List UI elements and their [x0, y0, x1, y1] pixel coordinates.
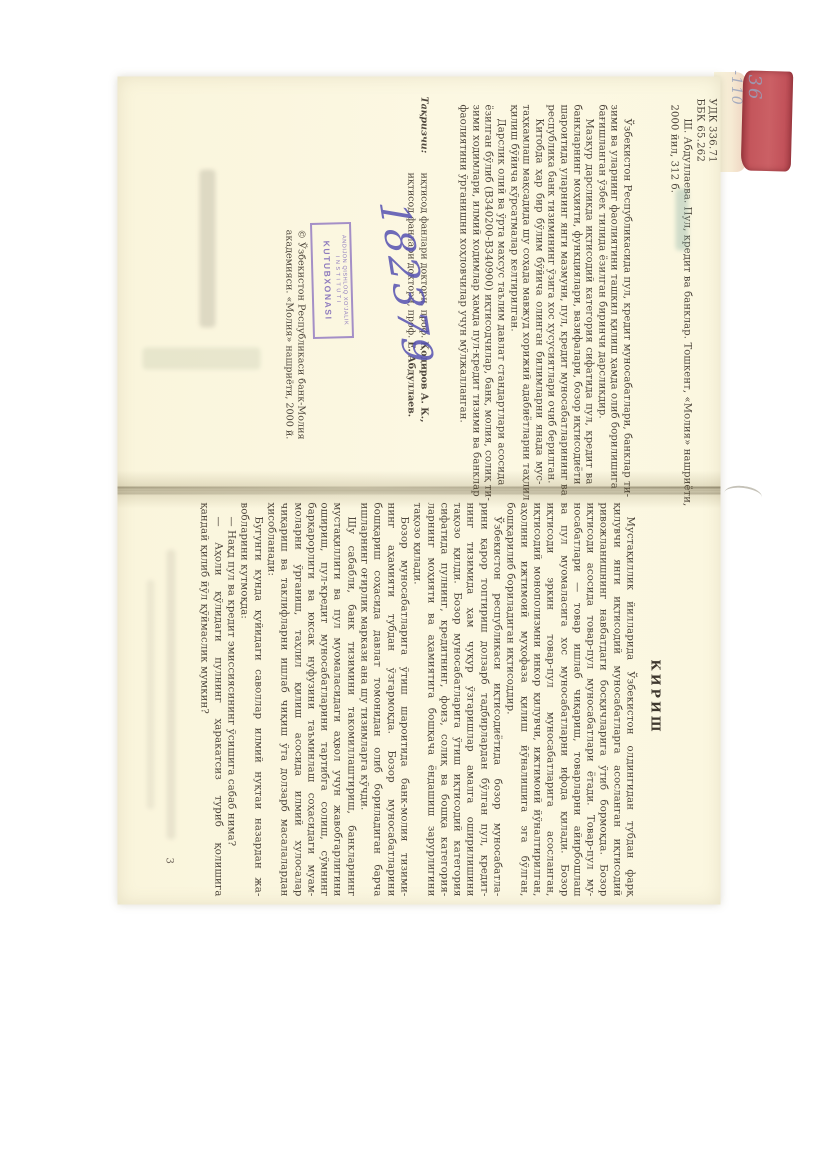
stamp-line: KUTUBXONASI: [321, 225, 334, 337]
annotation-paragraph: Ўзбекистон Республикасида пул, кредит му…: [595, 105, 633, 485]
ink-bleedthrough: [143, 348, 261, 370]
text-line: ишларнинг оғирлик маркази ана шу тизимла…: [357, 503, 370, 897]
text-line: бошқарилиб бориладиган иқтисоддир.: [504, 503, 517, 897]
ink-bleedthrough: [200, 170, 216, 328]
text-line: Мустақиллик йилларида Ўзбекистон олдинги…: [623, 503, 636, 897]
text-line: зими ходимлари, илмий ходимлар ҳамда пул…: [469, 105, 482, 485]
text-line: Мазкур дарсликда иқтисодий категория сиф…: [582, 105, 595, 485]
text-line: Дарслик олий ва ўрта махсус таълим давла…: [494, 105, 507, 485]
text-line: иқтисоди эркин товар-пул муносабатларига…: [543, 503, 556, 897]
text-line: ва пул муомаласига хос муносабатларни иф…: [557, 503, 570, 897]
text-line: банкларнинг моҳияти, функциялари, вазифа…: [570, 105, 583, 485]
text-line: Шу сабабли, банк тизимини такомиллаштири…: [344, 503, 357, 897]
paragraph: Шу сабабли, банк тизимини такомиллаштири…: [264, 503, 357, 897]
text-line: барқарорлиги ва юксак нуфузини таъминлаш…: [304, 503, 317, 897]
pencil-note: 36 -110: [700, 56, 764, 120]
text-line: сифатида пулнинг, кредитнинг, фоиз, соли…: [437, 503, 450, 897]
text-line: — Нақд пул ва кредит эмиссиясининг ўсиши…: [224, 503, 237, 897]
gutter-crease: [118, 493, 721, 495]
annotation-block: Ўзбекистон Республикасида пул, кредит му…: [456, 105, 632, 485]
text-line: ҳисобланади:: [264, 503, 277, 897]
text-line: тақозо қилди. Бозор муносабатларига ўтиш…: [450, 503, 463, 897]
page-number: 3: [164, 858, 175, 864]
pencil-note-line: 36: [744, 56, 764, 120]
list-item: — Нақд пул ва кредит эмиссиясининг ўсиши…: [224, 503, 237, 897]
text-line: фаолиятини ўрганишни хоҳловчилар учун мў…: [456, 105, 469, 485]
paragraph: Бугунги кунда қуйидаги саволлар илмий ну…: [238, 503, 265, 897]
paragraph: Ўзбекистон республикаси иқтисодиётида бо…: [410, 503, 503, 897]
text-line: вобларини кутмоқда:: [238, 503, 251, 897]
text-line: ларнинг моҳияти ва аҳамиятига бошқача ён…: [424, 503, 437, 897]
copyright-block: © Ўзбекистон Республикаси банк-Молия ака…: [282, 223, 307, 447]
text-line: аҳолини ижтимоий муҳофаза қилиш йўналиши…: [517, 503, 530, 897]
text-line: Бозор муносабатларига ўтиш шароитида бан…: [397, 503, 410, 897]
list-item: — Аҳоли қўлидаги пулнинг ҳаракатсиз тури…: [198, 503, 225, 897]
body-text: Мустақиллик йилларида Ўзбекистон олдинги…: [198, 503, 637, 897]
text-line: бошқариш соҳасида давлат томонидан олиб …: [371, 503, 384, 897]
gutter-crease: [118, 487, 721, 489]
ink-bleedthrough: [167, 550, 176, 840]
text-line: Ш. Абдуллаева. Пул, кредит ва банклар. Т…: [680, 105, 693, 487]
annotation-paragraph: Китобда ҳар бир бўлим бўйича олинган бил…: [507, 105, 545, 485]
text-line: тақозо қилади.: [410, 503, 423, 897]
text-line: қандай қилиб йўл қўймаслик мумкин?: [198, 503, 211, 897]
text-line: — Аҳоли қўлидаги пулнинг ҳаракатсиз тури…: [211, 503, 224, 897]
annotation-paragraph: Мазкур дарсликда иқтисодий категория сиф…: [544, 105, 594, 485]
page-curl-line: [723, 484, 763, 506]
text-line: нинг тизимида ҳам чуқур ўзгаришлар амалг…: [464, 503, 477, 897]
text-line: носабатлари — товар ишлаб чиқариш, товар…: [570, 503, 583, 897]
handwritten-accession-number: 182379: [369, 201, 441, 364]
text-line: таҳкамлаш мақсадида шу соҳада мавжуд хор…: [519, 105, 532, 485]
text-line: 2000 йил, 312 б.: [668, 105, 681, 487]
text-line: Китобда ҳар бир бўлим бўйича олинган бил…: [532, 105, 545, 485]
book-spread: УДК 336.71 ББК 65.262 Ш. Абдуллаева. Пул…: [118, 77, 721, 905]
text-line: нинг аҳамияти тубдан ўзгармоқда. Бозор м…: [384, 503, 397, 897]
text-line: қилиш бўйича кўрсатмалар келтирилган.: [507, 105, 520, 485]
pencil-note-line: -110: [728, 56, 744, 120]
gutter-shadow: [118, 471, 721, 509]
text-line: иқтисодий монополизмни инкор қилувчи, иж…: [530, 503, 543, 897]
text-line: моларни ўрганиш, таҳлил қилиш асосида ил…: [291, 503, 304, 897]
reviewers-label: Тақризчи:: [418, 97, 431, 154]
imprint-page: УДК 336.71 ББК 65.262 Ш. Абдуллаева. Пул…: [118, 77, 721, 490]
text-line: ёзилган бўлиб (В340200-В340900) иқтисодч…: [481, 105, 494, 485]
text-line: рини қарор топтириш долзарб тадбирлардан…: [477, 503, 490, 897]
text-line: Ўзбекистон республикаси иқтисодиётида бо…: [490, 503, 503, 897]
text-line: Ўзбекистон Республикасида пул, кредит му…: [620, 105, 633, 485]
text-line: қилувчи янги иқтисодий муносабатларга ас…: [610, 503, 623, 897]
copyright-line: © Ўзбекистон Республикаси банк-Молия: [294, 223, 306, 447]
text-line: бағишланган ўзбек тилида ёзилган биринчи…: [595, 105, 608, 485]
text-line: ривожланишнинг навбатдаги босқичларига ў…: [597, 503, 610, 897]
intro-page: КИРИШ Мустақиллик йилларида Ўзбекистон о…: [118, 490, 721, 905]
text-line: шароитида уларнинг янги мазмуни, пул, кр…: [557, 105, 570, 485]
text-line: ошириш, пул-кредит муносабатларини тарти…: [317, 503, 330, 897]
paragraph: Бозор муносабатларига ўтиш шароитида бан…: [357, 503, 410, 897]
text-line: республика банк тизимининг ўзига хос хус…: [544, 105, 557, 485]
chapter-title: КИРИШ: [649, 490, 664, 905]
annotation-paragraph: Дарслик олий ва ўрта махсус таълим давла…: [456, 105, 506, 485]
ink-bleedthrough: [676, 189, 689, 251]
bibliographic-entry: Ш. Абдуллаева. Пул, кредит ва банклар. Т…: [668, 105, 693, 487]
library-stamp: ANDIJON QISHLOQ XO'JALIK INSTITUTI KUTUB…: [310, 222, 354, 339]
paragraph: Мустақиллик йилларида Ўзбекистон олдинги…: [504, 503, 637, 897]
book-scan-canvas: УДК 336.71 ББК 65.262 Ш. Абдуллаева. Пул…: [0, 0, 826, 1169]
text-line: мустақиллиги ва пул муомаласидаги аҳвол …: [331, 503, 344, 897]
text-line: зими ва уларнинг фаолиятини ташкил қилиш…: [607, 105, 620, 485]
text-line: иқтисоди асосида товар-пул муносабатлари…: [583, 503, 596, 897]
ink-bleedthrough: [147, 580, 155, 810]
text-line: Бугунги кунда қуйидаги саволлар илмий ну…: [251, 503, 264, 897]
text-line: чиқариш ва таклифларни ишлаб чиқиш ўта д…: [277, 503, 290, 897]
copyright-line: академияси. «Молия» нашриёти, 2000 й.: [282, 223, 294, 447]
